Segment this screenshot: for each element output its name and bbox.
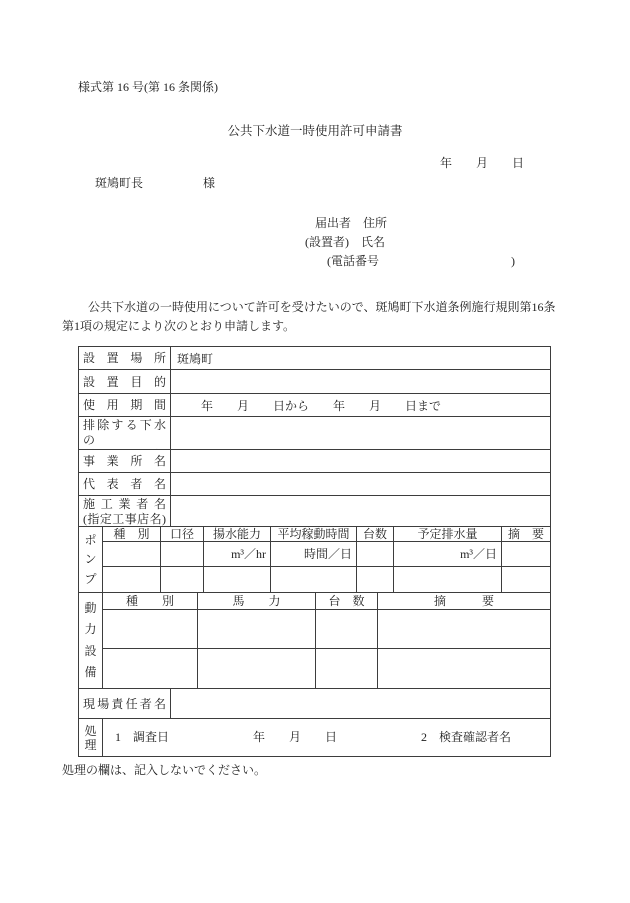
pump-caliber-unit-cell <box>161 542 204 567</box>
processing-field[interactable]: 1 調査日 年 月 日 2 検査確認者名 <box>103 719 550 756</box>
row-site-manager: 現場責任者名 <box>79 689 550 719</box>
use-period-label: 使用期間 <box>79 394 171 417</box>
pump-caliber-field[interactable] <box>161 567 204 593</box>
pump-type-unit-cell <box>103 542 161 567</box>
site-manager-label: 現場責任者名 <box>79 689 171 719</box>
power-type-field-2[interactable] <box>103 649 198 689</box>
pump-count-field[interactable] <box>357 567 394 593</box>
row-contractor: 施工業者名 (指定工事店名) <box>79 496 550 527</box>
pump-side-char: ン <box>84 553 96 566</box>
power-side-label: 動 力 設 備 <box>79 593 103 689</box>
power-horsepower-field-1[interactable] <box>198 610 316 649</box>
representative-field[interactable] <box>171 473 550 496</box>
pump-section: ポ ン プ 種 別 口径 揚水能力 平均稼動時間 台数 予定排水量 摘 要 m³… <box>79 527 550 593</box>
statement-line-2: 第1項の規定により次のとおり申請します。 <box>62 317 630 336</box>
pump-caliber-header: 口径 <box>161 527 204 542</box>
applicant-phone-line: (電話番号 ) <box>327 252 630 271</box>
power-remarks-header: 摘 要 <box>378 593 550 610</box>
processing-side-char: 処 <box>84 724 96 738</box>
business-office-label: 事業所名 <box>79 450 171 473</box>
statement-line-1: 公共下水道の一時使用について許可を受けたいので、斑鳩町下水道条例施行規則第16条 <box>62 298 630 317</box>
addressee-line: 斑鳩町長 様 <box>95 176 630 190</box>
pump-operating-time-field[interactable] <box>271 567 357 593</box>
row-representative: 代表者名 <box>79 473 550 496</box>
power-type-field-1[interactable] <box>103 610 198 649</box>
pump-type-field[interactable] <box>103 567 161 593</box>
power-equipment-section: 動 力 設 備 種 別 馬 力 台 数 摘 要 <box>79 593 550 689</box>
pump-capacity-unit: m³／hr <box>204 542 271 567</box>
application-statement: 公共下水道の一時使用について許可を受けたいので、斑鳩町下水道条例施行規則第16条… <box>62 298 630 336</box>
representative-label: 代表者名 <box>79 473 171 496</box>
power-count-field-1[interactable] <box>316 610 378 649</box>
site-manager-field[interactable] <box>171 689 550 719</box>
power-side-char: 設 <box>84 645 96 658</box>
pump-type-header: 種 別 <box>103 527 161 542</box>
pump-side-char: プ <box>84 573 96 586</box>
power-type-header: 種 別 <box>103 593 198 610</box>
processing-side-label: 処 理 <box>79 719 103 756</box>
pump-capacity-field[interactable] <box>204 567 271 593</box>
installation-place-label: 設置場所 <box>79 347 171 370</box>
contractor-field[interactable] <box>171 496 550 527</box>
processing-note: 処理の欄は、記入しないでください。 <box>62 763 630 778</box>
pump-side-label: ポ ン プ <box>79 527 103 593</box>
pump-discharge-header: 予定排水量 <box>394 527 502 542</box>
row-installation-place: 設置場所 斑鳩町 <box>79 347 550 370</box>
installation-purpose-field[interactable] <box>171 370 550 394</box>
power-side-char: 動 <box>84 602 96 615</box>
pump-capacity-header: 揚水能力 <box>204 527 271 542</box>
power-count-header: 台 数 <box>316 593 378 610</box>
pump-operating-time-header: 平均稼動時間 <box>271 527 357 542</box>
sewage-type-label: 排除する下水の 種類 <box>79 417 171 450</box>
form-title: 公共下水道一時使用許可申請書 <box>0 123 630 139</box>
power-horsepower-field-2[interactable] <box>198 649 316 689</box>
pump-remarks-field[interactable] <box>502 567 550 593</box>
power-count-field-2[interactable] <box>316 649 378 689</box>
power-horsepower-header: 馬 力 <box>198 593 316 610</box>
pump-discharge-field[interactable] <box>394 567 502 593</box>
installation-place-field[interactable]: 斑鳩町 <box>171 347 550 370</box>
power-side-char: 備 <box>84 666 96 679</box>
application-table: 設置場所 斑鳩町 設置目的 使用期間 年 月 日から 年 月 日まで 排除する下… <box>78 346 551 757</box>
applicant-name-line: (設置者) 氏名 <box>305 233 630 252</box>
application-form-page: 様式第 16 号(第 16 条関係) 公共下水道一時使用許可申請書 年 月 日 … <box>0 0 630 903</box>
applicant-address-line: 届出者 住所 <box>315 214 630 233</box>
installation-purpose-label: 設置目的 <box>79 370 171 394</box>
use-period-field[interactable]: 年 月 日から 年 月 日まで <box>171 394 550 417</box>
power-remarks-field-1[interactable] <box>378 610 550 649</box>
contractor-label: 施工業者名 (指定工事店名) <box>79 496 171 527</box>
pump-count-unit-cell <box>357 542 394 567</box>
pump-count-header: 台数 <box>357 527 394 542</box>
row-installation-purpose: 設置目的 <box>79 370 550 394</box>
business-office-field[interactable] <box>171 450 550 473</box>
pump-operating-time-unit: 時間／日 <box>271 542 357 567</box>
date-line: 年 月 日 <box>0 156 630 170</box>
power-side-char: 力 <box>84 623 96 636</box>
row-business-office: 事業所名 <box>79 450 550 473</box>
pump-discharge-unit: m³／日 <box>394 542 502 567</box>
processing-side-char: 理 <box>84 738 96 752</box>
form-number: 様式第 16 号(第 16 条関係) <box>78 80 630 94</box>
pump-side-char: ポ <box>84 534 96 547</box>
pump-remarks-header: 摘 要 <box>502 527 550 542</box>
row-use-period: 使用期間 年 月 日から 年 月 日まで <box>79 394 550 417</box>
power-remarks-field-2[interactable] <box>378 649 550 689</box>
row-processing: 処 理 1 調査日 年 月 日 2 検査確認者名 <box>79 719 550 756</box>
row-sewage-type: 排除する下水の 種類 <box>79 417 550 450</box>
sewage-type-field[interactable] <box>171 417 550 450</box>
applicant-block: 届出者 住所 (設置者) 氏名 (電話番号 ) <box>0 214 630 271</box>
pump-remarks-unit-cell <box>502 542 550 567</box>
